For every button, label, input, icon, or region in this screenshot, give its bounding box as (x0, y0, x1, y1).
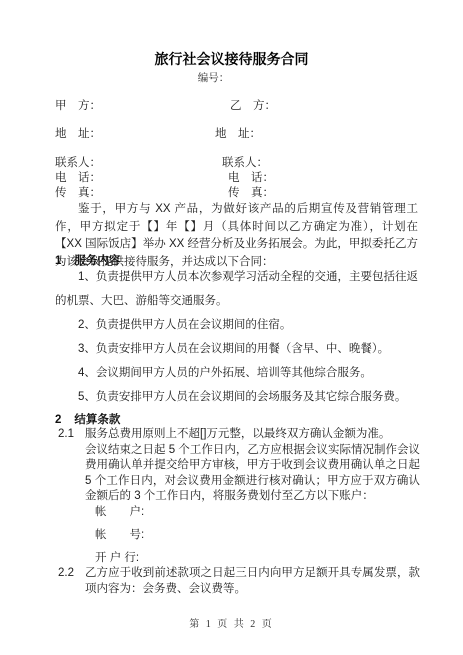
section-2-number: 2 (55, 414, 61, 426)
party-b-contact-label: 联系人： (222, 154, 268, 170)
party-b-fax-label: 传 真： (228, 184, 274, 200)
party-b-phone-label: 电 话： (228, 169, 274, 185)
clause-2-2-body: 乙方应于收到前述款项之日起三日内向甲方足额开具专属发票，款项内容为：会务费、会议… (85, 566, 420, 597)
service-items-list: 1、负责提供甲方人员本次参观学习活动全程的交通，主要包括往返的机票、大巴、游船等… (55, 265, 418, 409)
party-a-label: 甲 方： (55, 97, 101, 113)
party-a-contact-label: 联系人： (55, 154, 101, 170)
service-item-2: 2、负责提供甲方人员在会议期间的住宿。 (55, 313, 418, 337)
clause-2-1-summary: 服务总费用原则上不超[]万元整，以最终双方确认金额为准。 (85, 427, 420, 443)
party-row-contact: 联系人： 联系人： (55, 154, 427, 168)
clause-2-2: 2.2 乙方应于收到前述款项之日起三日内向甲方足额开具专属发票，款项内容为：会务… (58, 566, 420, 597)
party-row-fax: 传 真： 传 真： (55, 184, 427, 198)
clause-2-2-text: 乙方应于收到前述款项之日起三日内向甲方足额开具专属发票，款项内容为：会务费、会议… (85, 566, 420, 597)
page-footer: 第 1 页 共 2 页 (0, 615, 463, 630)
clause-2-1-body: 服务总费用原则上不超[]万元整，以最终双方确认金额为准。 会议结束之日起 5 个… (85, 427, 420, 570)
service-item-4: 4、会议期间甲方人员的户外拓展、培训等其他综合服务。 (55, 361, 418, 385)
party-a-fax-label: 传 真： (55, 184, 101, 200)
service-item-5: 5、负责安排甲方人员在会议期间的会场服务及其它综合服务费。 (55, 385, 418, 409)
clause-2-1-detail: 会议结束之日起 5 个工作日内，乙方应根据会议实际情况制作会议费用确认单并提交给… (85, 443, 420, 505)
bank-account-fields: 帐 户: 帐 号: 开 户 行: (95, 501, 420, 570)
clause-2-1: 2.1 服务总费用原则上不超[]万元整，以最终双方确认金额为准。 会议结束之日起… (58, 427, 420, 570)
party-row-phone: 电 话： 电 话： (55, 169, 427, 183)
party-a-phone-label: 电 话： (55, 169, 101, 185)
party-a-address-label: 地 址： (55, 125, 101, 141)
party-row-address: 地 址： 地 址： (55, 125, 427, 139)
account-number-label: 帐 号: (95, 524, 420, 547)
party-b-label: 乙 方： (230, 97, 276, 113)
clause-2-1-number: 2.1 (58, 427, 85, 570)
party-b-address-label: 地 址： (215, 125, 261, 141)
document-number-label: 编号： (0, 70, 445, 85)
document-title: 旅行社会议接待服务合同 (0, 49, 463, 69)
service-item-3: 3、负责安排甲方人员在会议期间的用餐（含早、中、晚餐）。 (55, 337, 418, 361)
party-row-name: 甲 方： 乙 方： (55, 97, 427, 111)
section-2-heading: 2结算条款 (55, 411, 120, 427)
contract-document-page: 旅行社会议接待服务合同 编号： 甲 方： 乙 方： 地 址： 地 址： 联系人：… (0, 0, 463, 655)
clause-2-2-number: 2.2 (58, 566, 85, 597)
section-2-title: 结算条款 (74, 414, 120, 426)
service-item-1: 1、负责提供甲方人员本次参观学习活动全程的交通，主要包括往返的机票、大巴、游船等… (55, 265, 418, 313)
